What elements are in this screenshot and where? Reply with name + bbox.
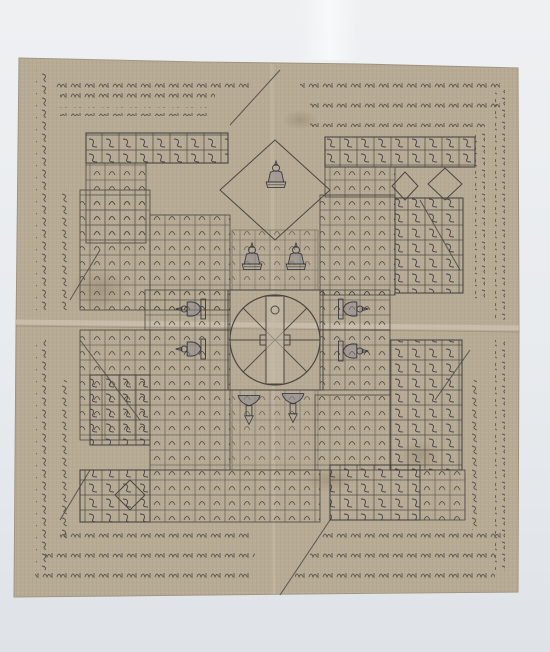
- yantra-cloth: [0, 0, 550, 652]
